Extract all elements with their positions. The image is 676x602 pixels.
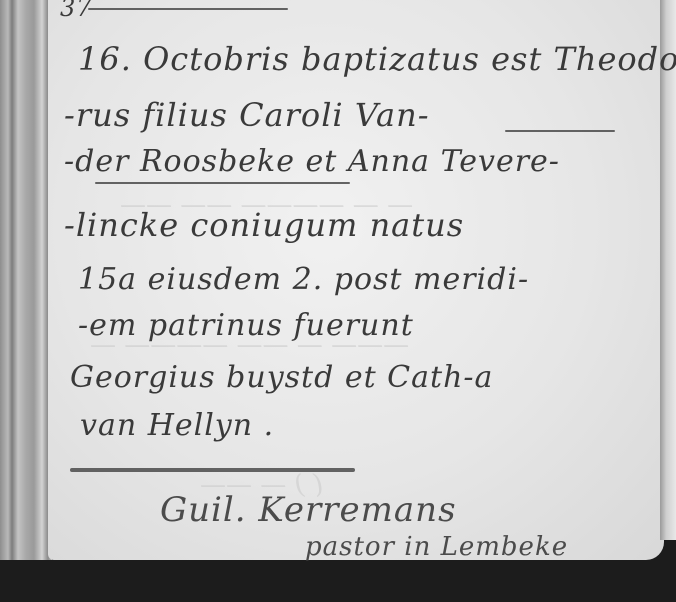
entry-line-4: -lincke coniugum natus: [64, 206, 464, 244]
underline: [95, 182, 350, 184]
underline: [505, 130, 615, 132]
facing-page-edge: [660, 0, 676, 540]
entry-line-3: -der Roosbeke et Anna Tevere-: [64, 144, 560, 179]
page-marker: 37: [60, 0, 93, 22]
signature-name: Guil. Kerremans: [160, 490, 457, 530]
top-rule: [88, 8, 288, 10]
entry-line-6: -em patrinus fuerunt: [78, 308, 414, 343]
entry-line-1: 16. Octobris baptizatus est Theodo-: [78, 40, 676, 78]
entry-line-5: 15a eiusdem 2. post meridi-: [78, 262, 529, 297]
entry-line-8: van Hellyn .: [80, 408, 274, 443]
signature-title: pastor in Lembeke: [305, 532, 568, 562]
entry-line-7: Georgius buystd et Cath-a: [70, 360, 493, 395]
entry-separator-rule: [70, 468, 355, 472]
entry-line-2: -rus filius Caroli Van-: [64, 96, 430, 134]
book-page-edges: [0, 0, 52, 560]
